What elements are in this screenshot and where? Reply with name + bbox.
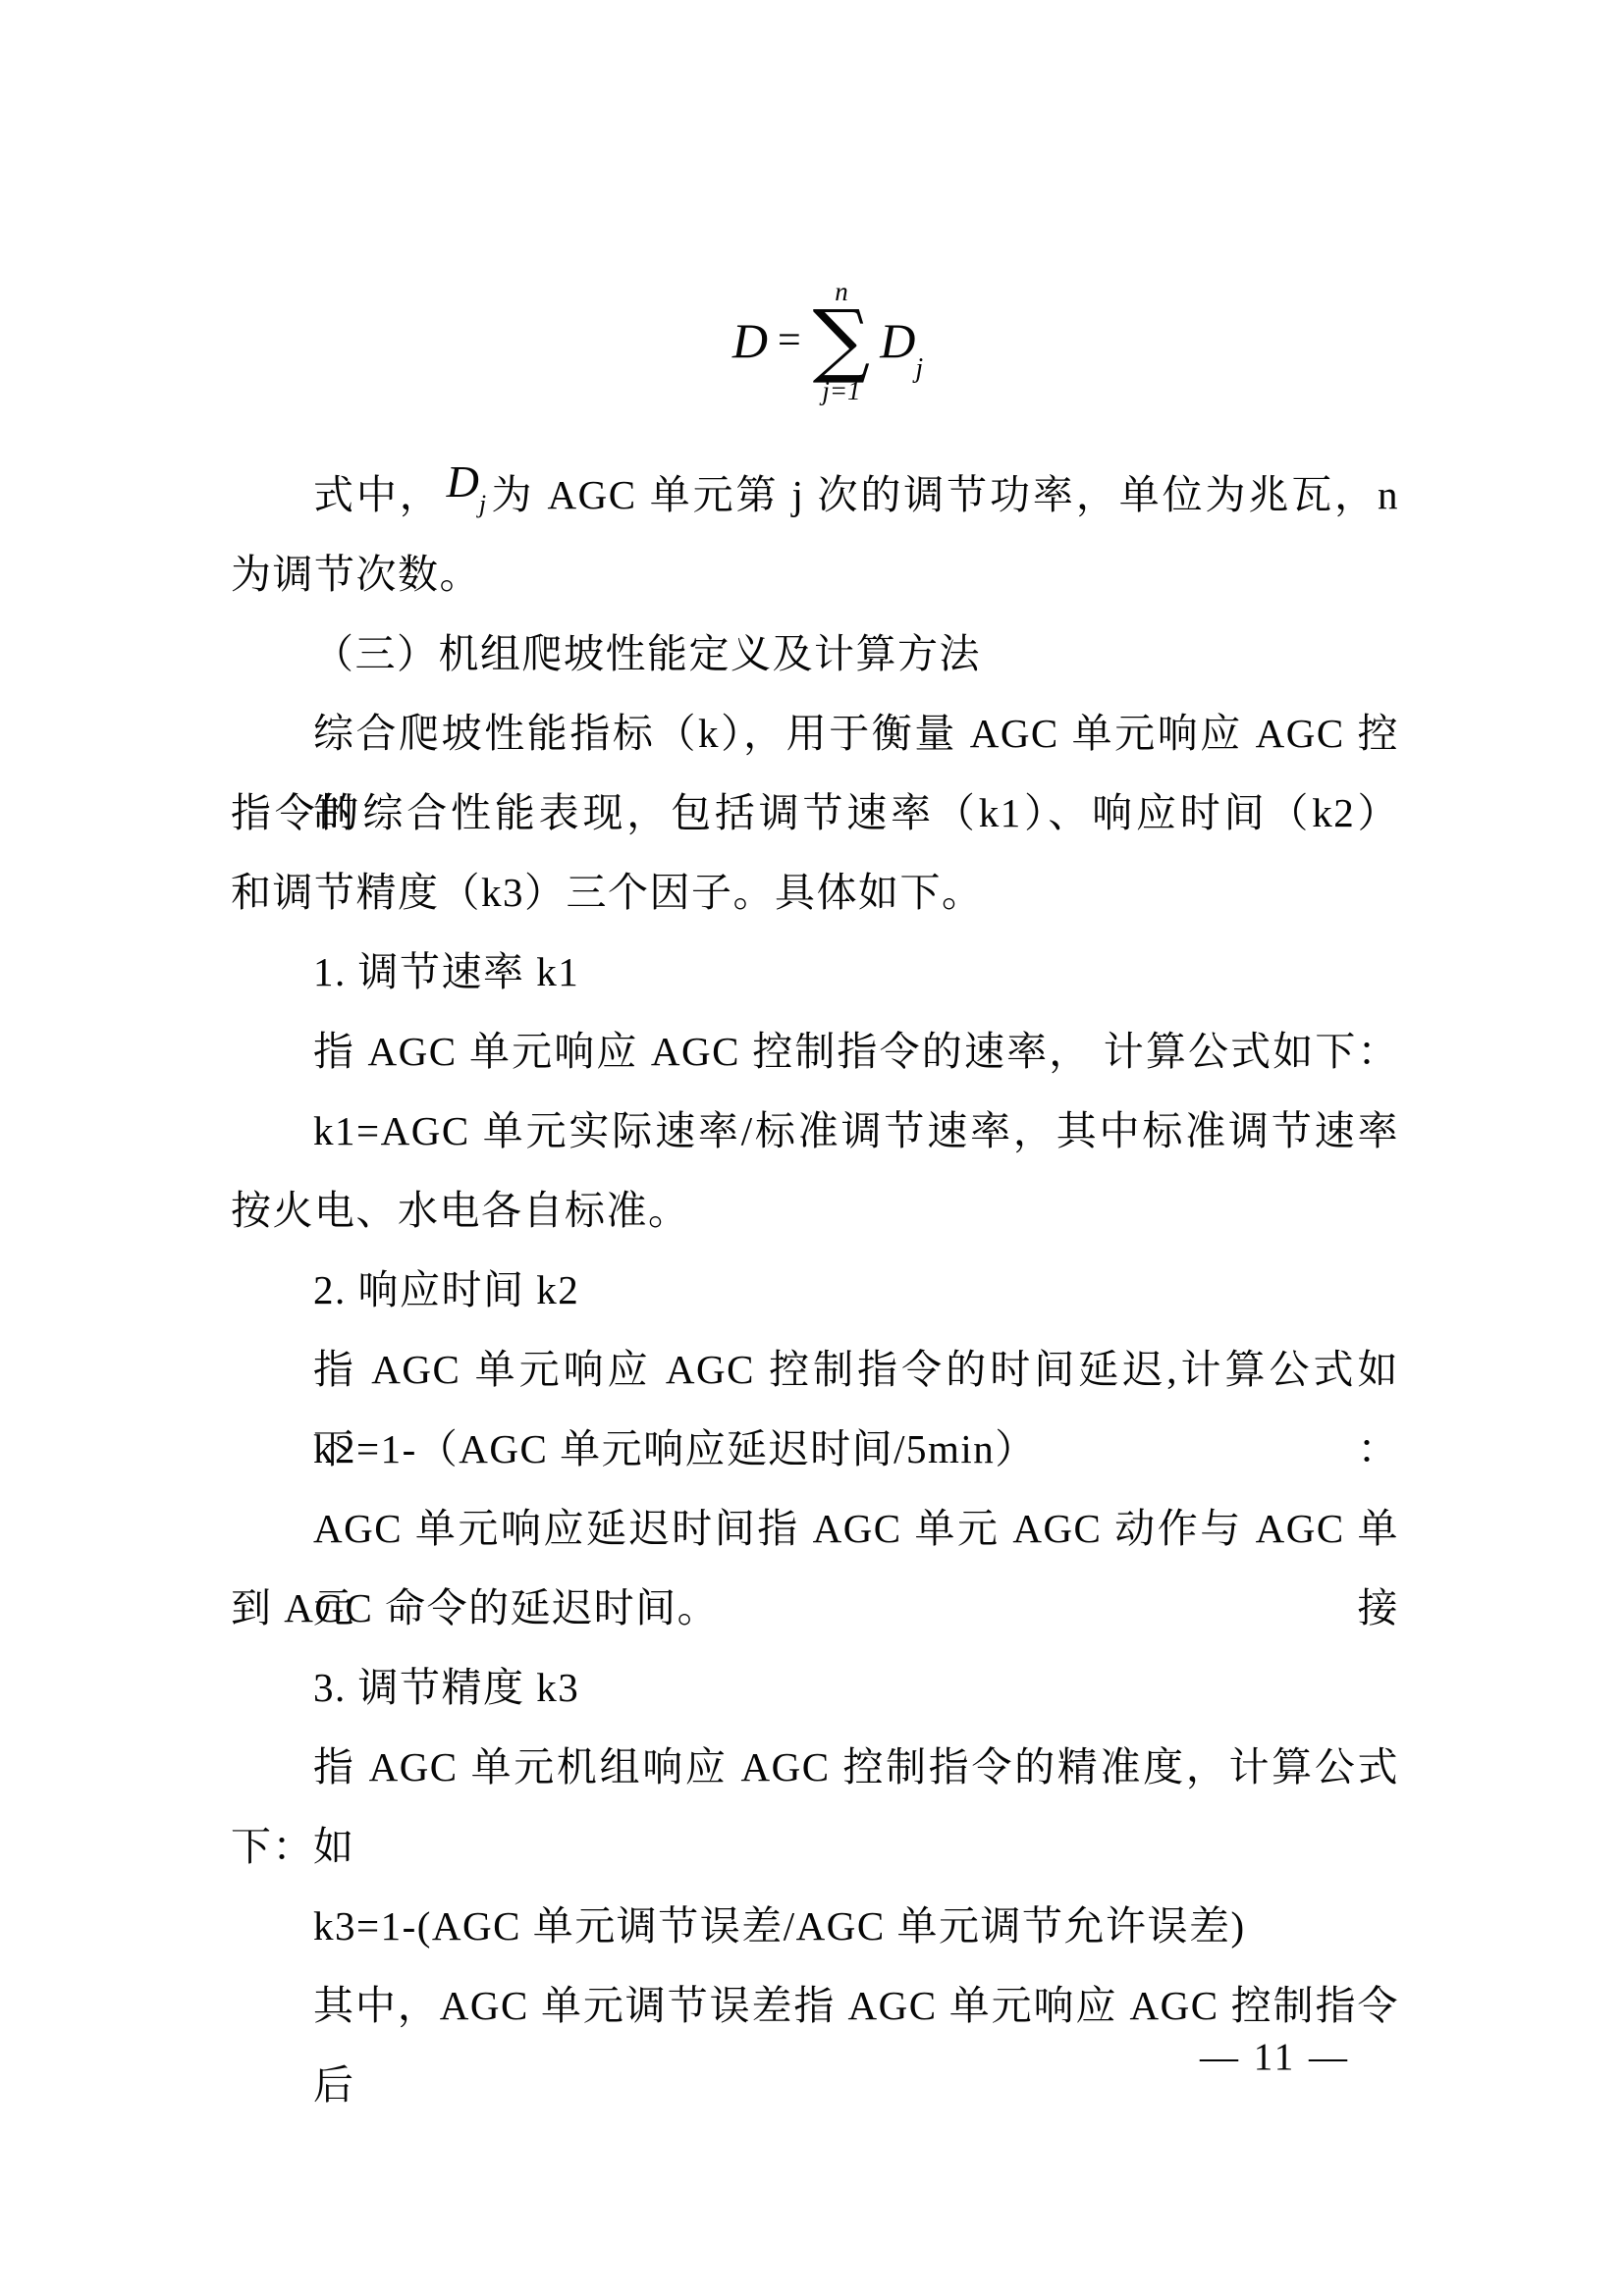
- text-line: 为调节次数。: [231, 535, 1399, 614]
- text-line: 按火电、水电各自标准。: [231, 1171, 1399, 1251]
- text-line: k3=1-(AGC 单元调节误差/AGC 单元调节允许误差): [231, 1887, 1399, 1966]
- text-line: AGC 单元响应延迟时间指 AGC 单元 AGC 动作与 AGC 单元接: [231, 1489, 1399, 1569]
- formula-equals: =: [778, 320, 801, 361]
- text-line: 指令的综合性能表现，包括调节速率（k1）、响应时间（k2）: [231, 774, 1399, 853]
- text-line: 式中，Dj为 AGC 单元第 j 次的调节功率，单位为兆瓦，n: [231, 455, 1399, 535]
- sigma-icon: ∑: [813, 305, 871, 376]
- page-number: — 11 —: [1200, 2034, 1396, 2081]
- formula-term: D j: [880, 316, 923, 365]
- text-line: 2. 响应时间 k2: [231, 1251, 1399, 1330]
- inline-formula-variable: Dj: [447, 459, 486, 517]
- text-line: k1=AGC 单元实际速率/标准调节速率，其中标准调节速率: [231, 1092, 1399, 1171]
- formula-block: D = n ∑ j=1 D j: [0, 278, 1624, 404]
- sigma-lower-limit: j=1: [822, 377, 860, 404]
- formula-term-subscript: j: [915, 355, 923, 383]
- summation-formula: D = n ∑ j=1 D j: [732, 278, 923, 404]
- text-line: 3. 调节精度 k3: [231, 1648, 1399, 1728]
- document-page: D = n ∑ j=1 D j 式中，Dj为 AGC 单元第 j 次的调节功率，…: [0, 0, 1624, 2296]
- text-line: 1. 调节速率 k1: [231, 933, 1399, 1012]
- text-line: 综合爬坡性能指标（k），用于衡量 AGC 单元响应 AGC 控制: [231, 694, 1399, 774]
- text-line: 下：: [231, 1807, 1399, 1887]
- body-text: 式中，Dj为 AGC 单元第 j 次的调节功率，单位为兆瓦，n为调节次数。（三）…: [231, 455, 1399, 2046]
- text-line: 和调节精度（k3）三个因子。具体如下。: [231, 853, 1399, 933]
- text-line: （三）机组爬坡性能定义及计算方法: [231, 614, 1399, 694]
- text-line: 指 AGC 单元机组响应 AGC 控制指令的精准度，计算公式如: [231, 1728, 1399, 1807]
- formula-term-base: D: [880, 316, 915, 365]
- formula-lhs: D: [732, 316, 768, 365]
- line-suffix: 为 AGC 单元第 j 次的调节功率，单位为兆瓦，n: [490, 472, 1399, 517]
- text-line: 指 AGC 单元响应 AGC 控制指令的时间延迟,计算公式如下：: [231, 1330, 1399, 1410]
- text-line: 指 AGC 单元响应 AGC 控制指令的速率， 计算公式如下：: [231, 1012, 1399, 1092]
- line-prefix: 式中，: [313, 472, 443, 517]
- sigma-stack: n ∑ j=1: [813, 278, 871, 404]
